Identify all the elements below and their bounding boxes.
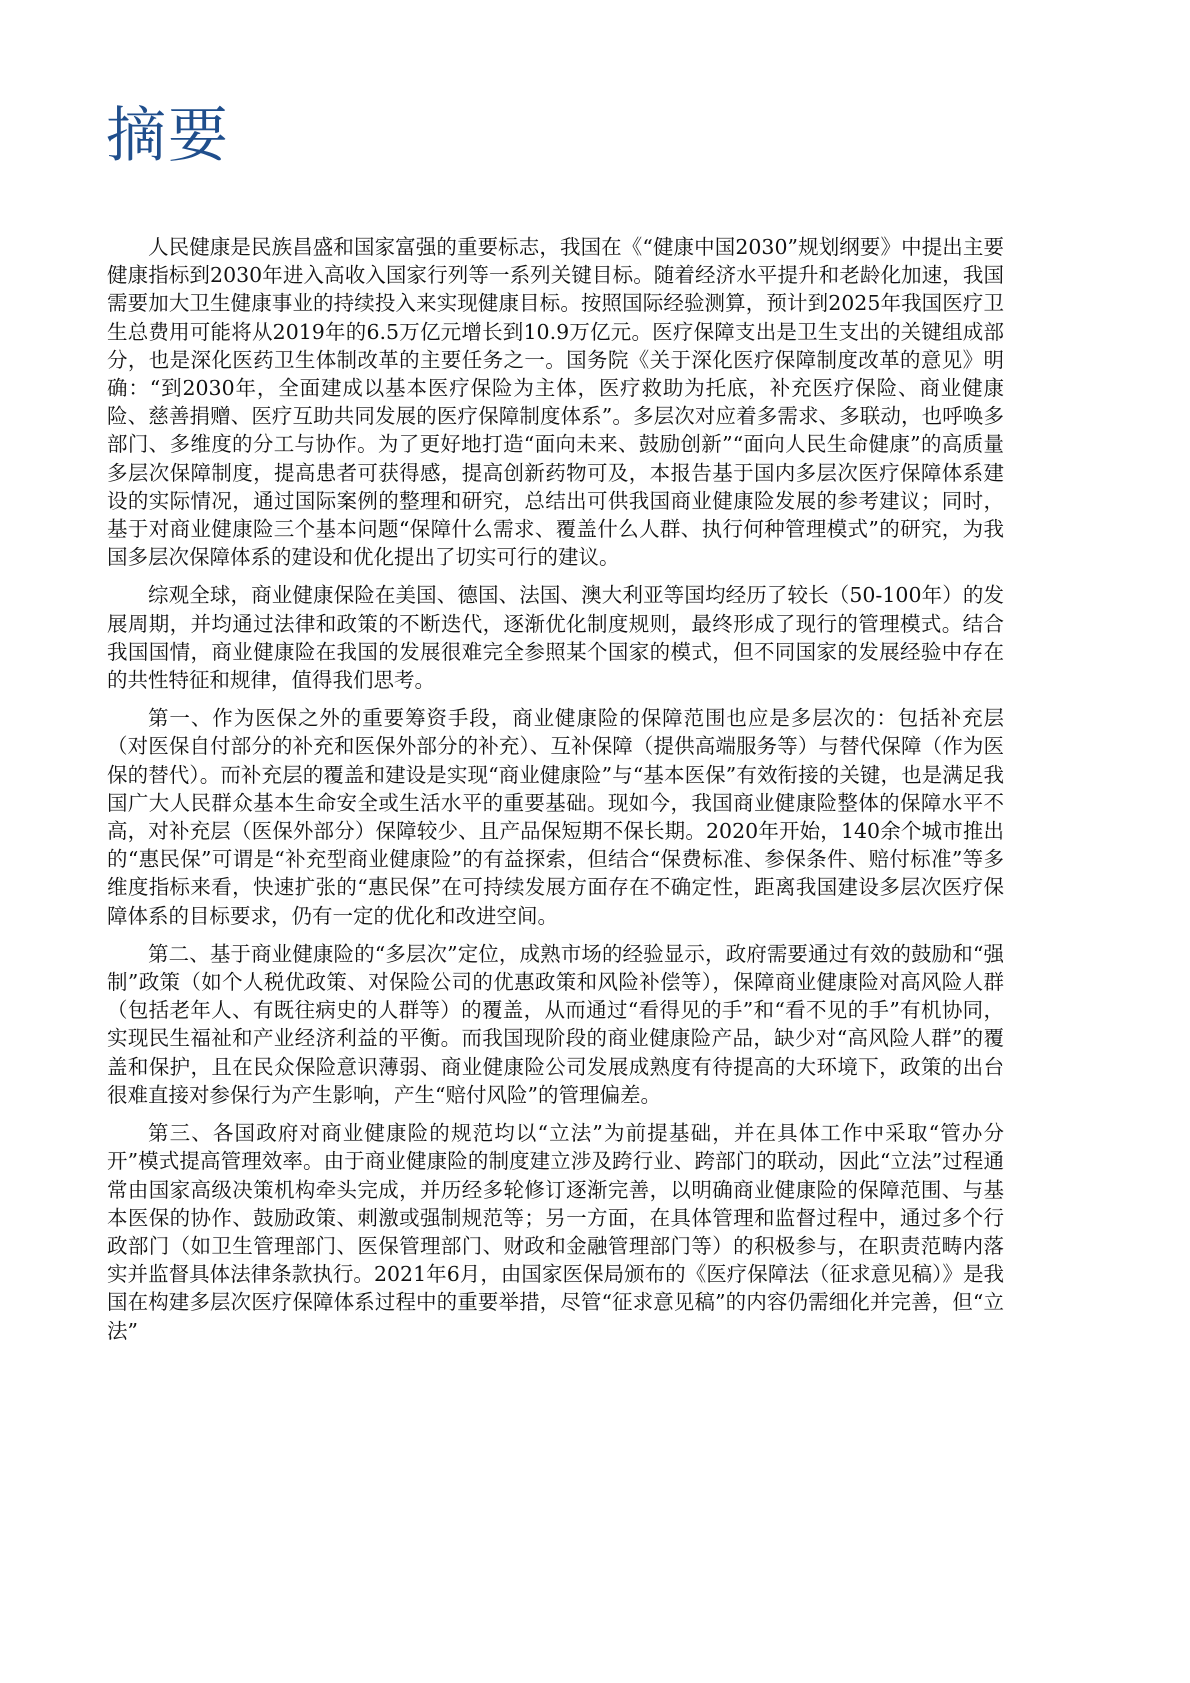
paragraph-intro: 人民健康是民族昌盛和国家富强的重要标志，我国在《“健康中国2030”规划纲要》中… <box>107 233 1004 571</box>
paragraph-point-three: 第三、各国政府对商业健康险的规范均以“立法”为前提基础，并在具体工作中采取“管办… <box>107 1119 1004 1345</box>
paragraph-global-overview: 综观全球，商业健康保险在美国、德国、法国、澳大利亚等国均经历了较长（50-100… <box>107 581 1004 694</box>
document-page: 摘要 人民健康是民族昌盛和国家富强的重要标志，我国在《“健康中国2030”规划纲… <box>0 0 1190 1683</box>
paragraph-point-one: 第一、作为医保之外的重要筹资手段，商业健康险的保障范围也应是多层次的：包括补充层… <box>107 704 1004 930</box>
page-title: 摘要 <box>106 98 230 174</box>
abstract-body: 人民健康是民族昌盛和国家富强的重要标志，我国在《“健康中国2030”规划纲要》中… <box>107 233 1004 1355</box>
paragraph-point-two: 第二、基于商业健康险的“多层次”定位，成熟市场的经验显示，政府需要通过有效的鼓励… <box>107 940 1004 1109</box>
